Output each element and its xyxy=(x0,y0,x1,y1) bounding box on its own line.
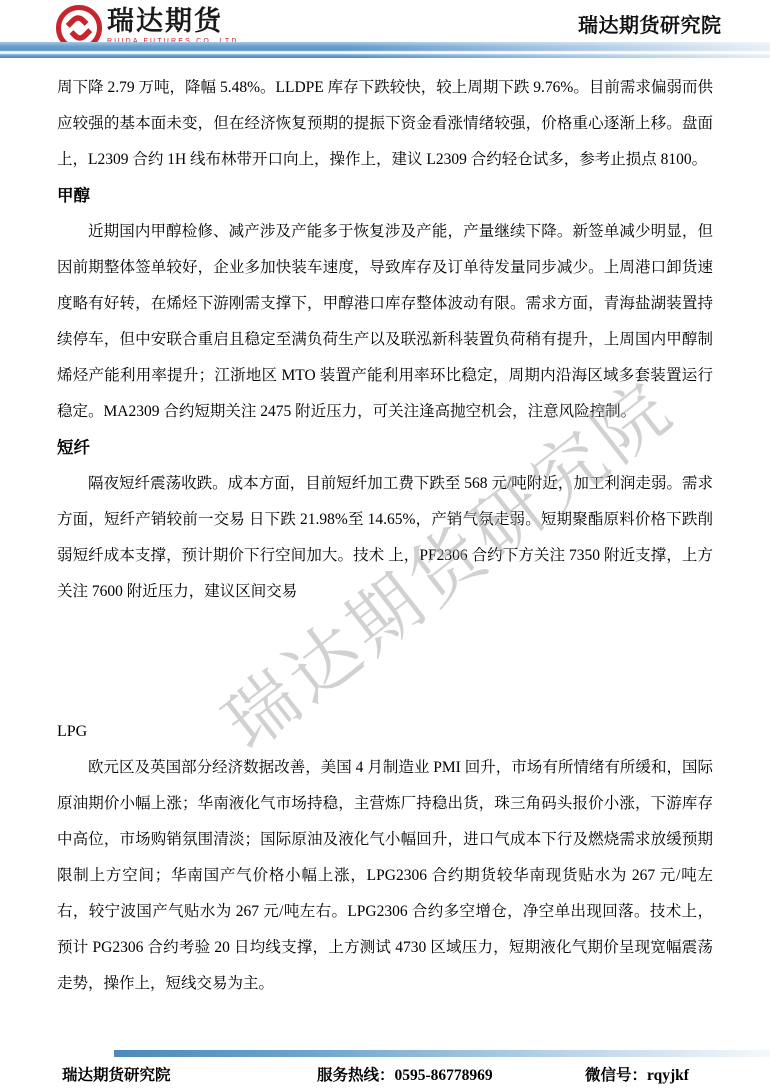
footer-hotline: 服务热线：0595-86778969 xyxy=(317,1064,493,1088)
footer-wechat: 微信号：rqyjkf xyxy=(585,1064,689,1088)
report-page: { "header": { "brand_name": "瑞达期货", "bra… xyxy=(0,0,770,1090)
footer-wechat-label: 微信号： xyxy=(585,1067,647,1084)
brand-name: 瑞达期货 xyxy=(107,6,243,36)
section-lpg: LPG 欧元区及英国部分经济数据改善，美国 4 月制造业 PMI 回升，市场有所… xyxy=(57,714,713,1002)
section-paragraph: 隔夜短纤震荡收跌。成本方面，目前短纤加工费下跌至 568 元/吨附近，加工利润走… xyxy=(57,466,713,610)
section-heading-methanol: 甲醇 xyxy=(57,178,713,214)
footer-hotline-number: 0595-86778969 xyxy=(395,1067,493,1084)
section-heading-lpg: LPG xyxy=(57,714,713,750)
header-divider-bar xyxy=(0,42,770,58)
section-paragraph: 周下降 2.79 万吨，降幅 5.48%。LLDPE 库存下跌较快，较上周期下跌… xyxy=(57,70,713,178)
page-header: 瑞达期货 RUIDA FUTURES CO.,LTD. 瑞达期货研究院 xyxy=(0,0,770,58)
footer-hotline-label: 服务热线： xyxy=(317,1067,395,1084)
section-short-fiber: 短纤 隔夜短纤震荡收跌。成本方面，目前短纤加工费下跌至 568 元/吨附近，加工… xyxy=(57,430,713,610)
section-lldpe-continuation: 周下降 2.79 万吨，降幅 5.48%。LLDPE 库存下跌较快，较上周期下跌… xyxy=(57,70,713,178)
section-paragraph: 欧元区及英国部分经济数据改善，美国 4 月制造业 PMI 回升，市场有所情绪有所… xyxy=(57,750,713,1002)
footer-wechat-id: rqyjkf xyxy=(647,1067,689,1084)
page-footer: 瑞达期货研究院 服务热线：0595-86778969 微信号：rqyjkf xyxy=(0,1050,770,1090)
footer-divider-bar xyxy=(114,1050,770,1057)
report-body: 周下降 2.79 万吨，降幅 5.48%。LLDPE 库存下跌较快，较上周期下跌… xyxy=(57,70,713,1002)
section-paragraph: 近期国内甲醇检修、减产涉及产能多于恢复涉及产能，产量继续下降。新签单减少明显，但… xyxy=(57,214,713,430)
footer-institute: 瑞达期货研究院 xyxy=(62,1064,171,1088)
brand-text: 瑞达期货 RUIDA FUTURES CO.,LTD. xyxy=(107,4,243,46)
header-institute-title: 瑞达期货研究院 xyxy=(578,12,722,40)
section-heading-short-fiber: 短纤 xyxy=(57,430,713,466)
section-methanol: 甲醇 近期国内甲醇检修、减产涉及产能多于恢复涉及产能，产量继续下降。新签单减少明… xyxy=(57,178,713,430)
footer-row: 瑞达期货研究院 服务热线：0595-86778969 微信号：rqyjkf xyxy=(0,1064,770,1088)
